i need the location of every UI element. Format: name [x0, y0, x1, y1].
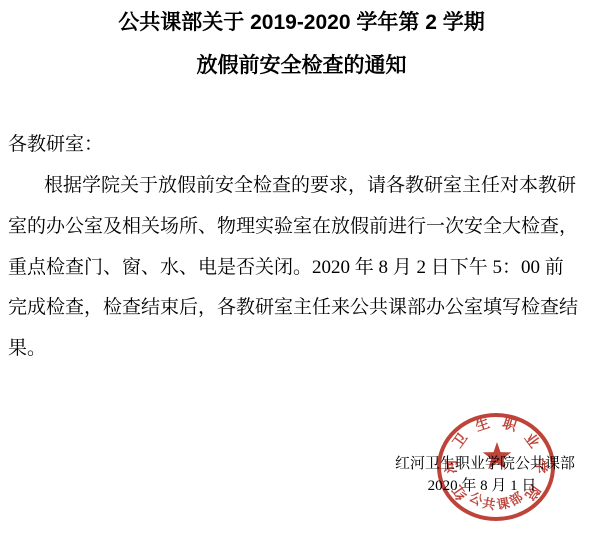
body-line: 果。 [8, 338, 46, 360]
body-line: 室的办公室及相关场所、物理实验室在放假前进行一次安全大检查， [8, 216, 578, 238]
signature-line: 红河卫生职业学院公共课部 [395, 456, 575, 473]
notice-document: 公共课部关于 2019-2020 学年第 2 学期 放假前安全检查的通知 各教研… [0, 0, 603, 550]
body-line: 重点检查门、窗、水、电是否关闭。2020 年 8 月 2 日下午 5：00 前 [8, 257, 564, 279]
document-title-line2: 放假前安全检查的通知 [0, 54, 603, 78]
body-line: 完成检查，检查结束后，各教研室主任来公共课部办公室填写检查结 [8, 297, 578, 319]
salutation: 各教研室： [8, 134, 103, 156]
document-title-line1: 公共课部关于 2019-2020 学年第 2 学期 [0, 11, 603, 35]
stamp-bottom-char: 共 [481, 495, 497, 512]
body-line: 根据学院关于放假前安全检查的要求，请各教研室主任对本教研 [44, 175, 576, 197]
date-line: 2020 年 8 月 1 日 [402, 478, 562, 495]
